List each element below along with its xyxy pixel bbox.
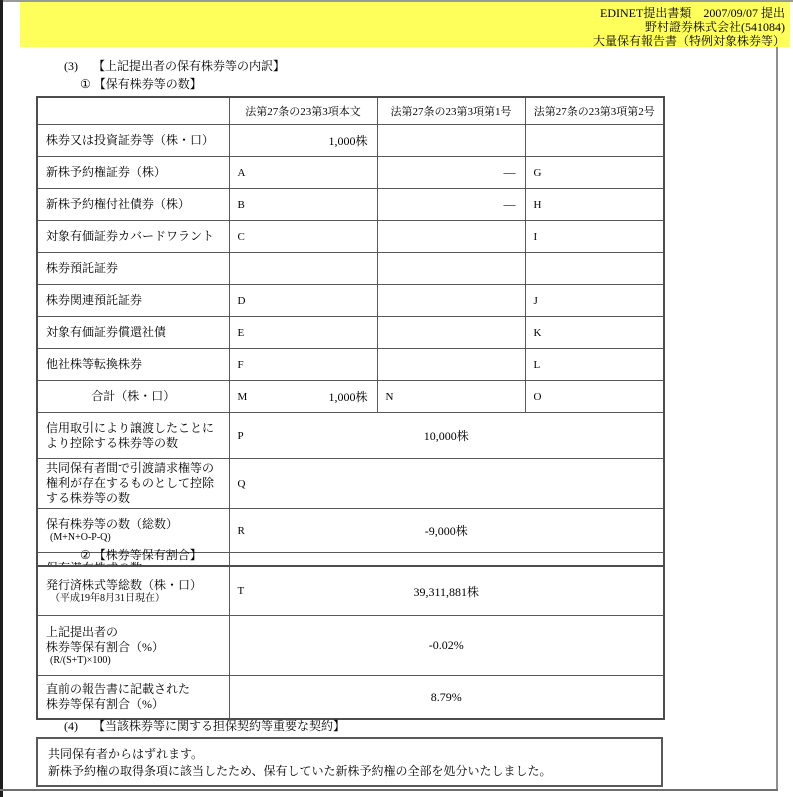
cell-item1 bbox=[377, 253, 525, 285]
section-3-2-title: 【株券等保有割合】 bbox=[94, 548, 202, 562]
holding-ratio-table: 発行済株式等総数（株・口）（平成19年8月31日現在） T39,311,881株… bbox=[36, 565, 665, 720]
section-4-title: 【当該株券等に関する担保契約等重要な契約】 bbox=[93, 719, 345, 733]
header-article-item1: 法第27条の23第3項第1号 bbox=[377, 97, 525, 125]
cell-letter: G bbox=[534, 167, 542, 179]
cell-main: D bbox=[229, 285, 377, 317]
banner-document-type: 大量保有報告書（特例対象株券等） bbox=[20, 34, 785, 48]
section-3-number: (3) bbox=[64, 59, 78, 73]
table-row: 対象有価証券償還社債 E K bbox=[37, 317, 664, 349]
cell-item2: L bbox=[525, 349, 664, 381]
row-formula: (M+N+O-P-Q) bbox=[50, 532, 225, 544]
cell-dash: ― bbox=[378, 165, 525, 180]
cell-value: 10,000株 bbox=[230, 427, 664, 444]
cell-letter: A bbox=[238, 167, 246, 179]
page-frame-left bbox=[0, 0, 3, 797]
cell-letter: B bbox=[238, 199, 245, 211]
total-cell-main: M1,000株 bbox=[229, 381, 377, 413]
table-row: 新株予約権付社債券（株） B ― H bbox=[37, 189, 664, 221]
row-label: 新株予約権証券（株） bbox=[37, 157, 229, 189]
row-label: 株券又は投資証券等（株・口） bbox=[37, 125, 229, 157]
cell-letter: O bbox=[534, 391, 542, 403]
table-row: 新株予約権証券（株） A ― G bbox=[37, 157, 664, 189]
cell-main: A bbox=[229, 157, 377, 189]
cell-item2: I bbox=[525, 221, 664, 253]
cell-letter: F bbox=[238, 359, 244, 371]
row-label: 上記提出者の 株券等保有割合（%）(R/(S+T)×100) bbox=[37, 616, 229, 676]
total-row-label: 合計（株・口） bbox=[37, 381, 229, 413]
cell-letter: J bbox=[534, 295, 538, 307]
issued-shares-row: 発行済株式等総数（株・口）（平成19年8月31日現在） T39,311,881株 bbox=[37, 566, 664, 616]
row-label: 対象有価証券償還社債 bbox=[37, 317, 229, 349]
section-3-2-heading: ②【株券等保有割合】 bbox=[80, 546, 202, 563]
row-label: 直前の報告書に記載された 株券等保有割合（%） bbox=[37, 676, 229, 720]
total-row: 合計（株・口） M1,000株 N O bbox=[37, 381, 664, 413]
cell-value: 39,311,881株 bbox=[230, 583, 664, 600]
cell-main: C bbox=[229, 221, 377, 253]
cell-dash: ― bbox=[378, 197, 525, 212]
total-cell-item1: N bbox=[377, 381, 525, 413]
section-4-heading: (4)【当該株券等に関する担保契約等重要な契約】 bbox=[64, 717, 345, 734]
row-label: 信用取引により譲渡したことに より控除する株券等の数 bbox=[37, 413, 229, 459]
cell-item1 bbox=[377, 317, 525, 349]
previous-ratio-row: 直前の報告書に記載された 株券等保有割合（%） 8.79% bbox=[37, 676, 664, 720]
merged-value-cell: Q bbox=[229, 459, 664, 509]
cell-item2: G bbox=[525, 157, 664, 189]
cell-value: 1,000株 bbox=[230, 132, 377, 149]
merged-value-cell: 8.79% bbox=[229, 676, 664, 720]
cell-item1 bbox=[377, 285, 525, 317]
merged-value-cell: R-9,000株 bbox=[229, 509, 664, 553]
section-4-number: (4) bbox=[64, 719, 78, 733]
cell-letter: H bbox=[534, 199, 542, 211]
cell-main: E bbox=[229, 317, 377, 349]
holdings-count-table: 法第27条の23第3項本文 法第27条の23第3項第1号 法第27条の23第3項… bbox=[36, 96, 665, 598]
table-row: 株券関連預託証券 D J bbox=[37, 285, 664, 317]
cell-main: F bbox=[229, 349, 377, 381]
section-3-heading: (3)【上記提出者の保有株券等の内訳】 bbox=[64, 57, 285, 74]
cell-item1 bbox=[377, 125, 525, 157]
row-label: 対象有価証券カバードワラント bbox=[37, 221, 229, 253]
cell-value: 8.79% bbox=[230, 690, 664, 705]
holding-ratio-row: 上記提出者の 株券等保有割合（%）(R/(S+T)×100) -0.02% bbox=[37, 616, 664, 676]
header-article-item2: 法第27条の23第3項第2号 bbox=[525, 97, 664, 125]
merged-value-cell: -0.02% bbox=[229, 616, 664, 676]
cell-letter: T bbox=[238, 585, 245, 597]
page-frame-right bbox=[776, 46, 778, 791]
cell-letter: N bbox=[386, 391, 394, 403]
cell-item2: J bbox=[525, 285, 664, 317]
deduction-row: 信用取引により譲渡したことに より控除する株券等の数 P10,000株 bbox=[37, 413, 664, 459]
row-label: 共同保有者間で引渡請求権等の 権利が存在するものとして控除 する株券等の数 bbox=[37, 459, 229, 509]
cell-value: 1,000株 bbox=[230, 388, 377, 405]
merged-value-cell: T39,311,881株 bbox=[229, 566, 664, 616]
table-row: 株券預託証券 bbox=[37, 253, 664, 285]
cell-letter: K bbox=[534, 327, 542, 339]
section-3-1-heading: ①【保有株券等の数】 bbox=[80, 75, 202, 92]
page-frame-bottom bbox=[0, 789, 778, 791]
section-3-1-title: 【保有株券等の数】 bbox=[94, 77, 202, 91]
cell-main: B bbox=[229, 189, 377, 221]
cell-letter: E bbox=[238, 327, 245, 339]
row-label: 他社株等転換株券 bbox=[37, 349, 229, 381]
cell-item2: H bbox=[525, 189, 664, 221]
cell-item2 bbox=[525, 125, 664, 157]
table-header-row: 法第27条の23第3項本文 法第27条の23第3項第1号 法第27条の23第3項… bbox=[37, 97, 664, 125]
contract-note-box: 共同保有者からはずれます。 新株予約権の取得条項に該当したため、保有していた新株… bbox=[36, 737, 663, 787]
banner-filing-info: EDINET提出書類 2007/09/07 提出 bbox=[20, 6, 785, 20]
total-cell-item2: O bbox=[525, 381, 664, 413]
section-3-1-number: ① bbox=[80, 77, 91, 91]
cell-item1: ― bbox=[377, 189, 525, 221]
cell-item1 bbox=[377, 349, 525, 381]
cell-letter: P bbox=[238, 430, 244, 442]
cell-letter: I bbox=[534, 231, 538, 243]
row-label: 発行済株式等総数（株・口）（平成19年8月31日現在） bbox=[37, 566, 229, 616]
section-3-2-number: ② bbox=[80, 548, 91, 562]
section-3-title: 【上記提出者の保有株券等の内訳】 bbox=[93, 59, 285, 73]
cell-letter: C bbox=[238, 231, 245, 243]
row-label: 株券預託証券 bbox=[37, 253, 229, 285]
table-row: 他社株等転換株券 F L bbox=[37, 349, 664, 381]
deduction-row: 共同保有者間で引渡請求権等の 権利が存在するものとして控除 する株券等の数 Q bbox=[37, 459, 664, 509]
cell-item1: ― bbox=[377, 157, 525, 189]
table-row: 対象有価証券カバードワラント C I bbox=[37, 221, 664, 253]
merged-value-cell: P10,000株 bbox=[229, 413, 664, 459]
cell-item1 bbox=[377, 221, 525, 253]
header-empty-cell bbox=[37, 97, 229, 125]
cell-letter: M bbox=[238, 391, 248, 403]
cell-value: -9,000株 bbox=[230, 522, 664, 539]
cell-letter: R bbox=[238, 525, 245, 537]
table-row: 株券又は投資証券等（株・口） 1,000株 bbox=[37, 125, 664, 157]
cell-value: -0.02% bbox=[230, 638, 664, 653]
edinet-banner: EDINET提出書類 2007/09/07 提出 野村證券株式会社(541084… bbox=[20, 2, 790, 47]
header-article-main: 法第27条の23第3項本文 bbox=[229, 97, 377, 125]
row-date-note: （平成19年8月31日現在） bbox=[50, 593, 225, 605]
cell-item2: K bbox=[525, 317, 664, 349]
row-label: 新株予約権付社債券（株） bbox=[37, 189, 229, 221]
cell-main: 1,000株 bbox=[229, 125, 377, 157]
banner-filer-name: 野村證券株式会社(541084) bbox=[20, 20, 785, 34]
cell-letter: D bbox=[238, 295, 246, 307]
cell-item2 bbox=[525, 253, 664, 285]
row-label: 株券関連預託証券 bbox=[37, 285, 229, 317]
cell-main bbox=[229, 253, 377, 285]
row-formula: (R/(S+T)×100) bbox=[50, 655, 225, 667]
cell-letter: L bbox=[534, 359, 541, 371]
cell-letter: Q bbox=[238, 478, 246, 490]
